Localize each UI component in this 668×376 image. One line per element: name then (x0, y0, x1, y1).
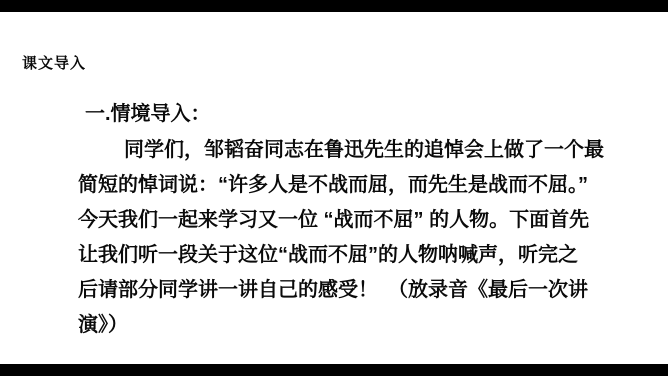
paragraph-line: 演》） (78, 308, 623, 343)
paragraph-line: 简短的悼词说：“许多人是不战而屈，而先生是战而不屈。” (78, 168, 623, 203)
intro-paragraph: 同学们，邹韬奋同志在鲁迅先生的追悼会上做了一个最 简短的悼词说：“许多人是不战而… (78, 133, 623, 343)
section-heading: 一.情境导入： (85, 97, 211, 126)
paragraph-line: 后请部分同学讲一讲自己的感受！ （放录音《最后一次讲 (78, 273, 623, 308)
corner-label: 课文导入 (22, 52, 86, 73)
presentation-slide: 课文导入 一.情境导入： 同学们，邹韬奋同志在鲁迅先生的追悼会上做了一个最 简短… (0, 0, 668, 376)
paragraph-line: 同学们，邹韬奋同志在鲁迅先生的追悼会上做了一个最 (78, 133, 623, 168)
top-black-bar (0, 0, 668, 12)
bottom-black-bar (0, 364, 668, 376)
paragraph-line: 今天我们一起来学习又一位 “战而不屈” 的人物。下面首先 (78, 203, 623, 238)
paragraph-line: 让我们听一段关于这位“战而不屈”的人物呐喊声，听完之 (78, 238, 623, 273)
